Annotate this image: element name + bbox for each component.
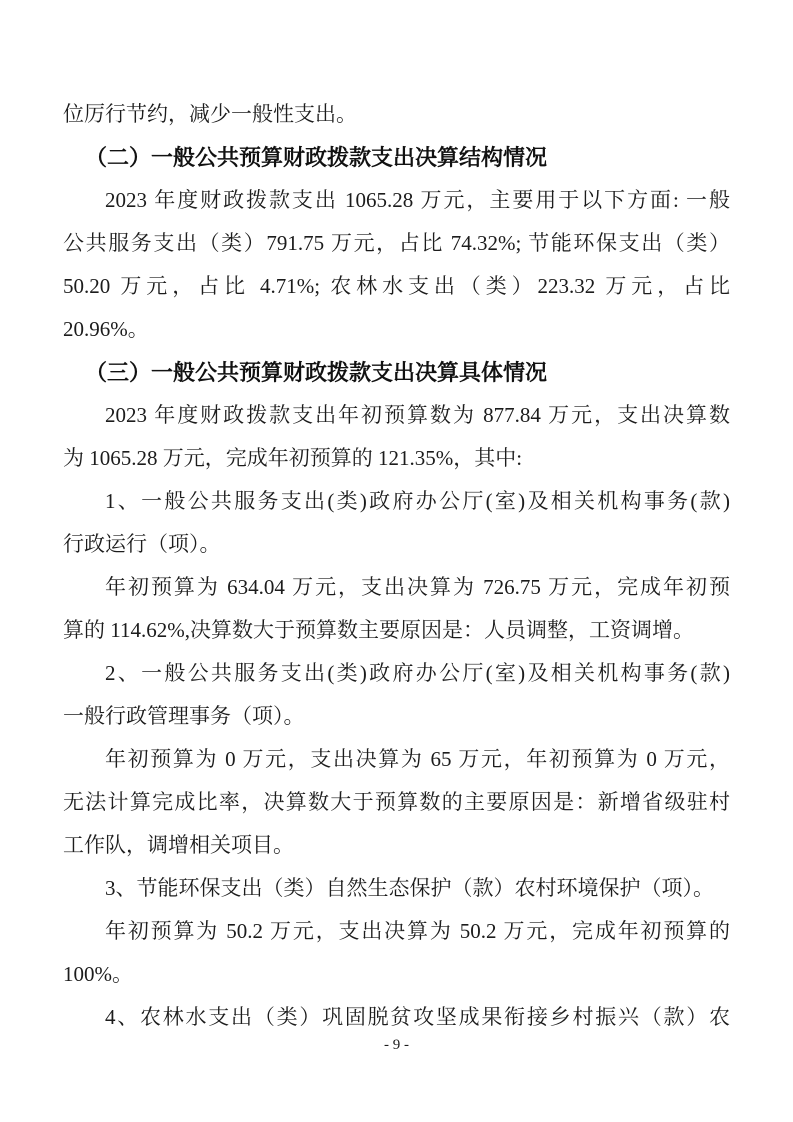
list-item-2-line: 2、一般公共服务支出(类)政府办公厅(室)及相关机构事务(款) [63,652,730,695]
paragraph-line: 20.96%。 [63,308,730,351]
paragraph-line: 算的 114.62%,决算数大于预算数主要原因是：人员调整，工资调增。 [63,609,730,652]
paragraph-line: 工作队，调增相关项目。 [63,824,730,867]
paragraph-line: 公共服务支出（类）791.75 万元，占比 74.32%; 节能环保支出（类） [63,222,730,265]
paragraph-line: 为 1065.28 万元，完成年初预算的 121.35%，其中: [63,437,730,480]
paragraph-line: 2023 年度财政拨款支出 1065.28 万元，主要用于以下方面: 一般 [63,179,730,222]
section-heading-3: （三）一般公共预算财政拨款支出决算具体情况 [63,351,730,394]
page-number: - 9 - [0,1034,793,1056]
list-item-3-line: 3、节能环保支出（类）自然生态保护（款）农村环境保护（项）。 [63,867,730,910]
paragraph-continuation-line: 位厉行节约，减少一般性支出。 [63,93,730,136]
paragraph-line: 2023 年度财政拨款支出年初预算数为 877.84 万元，支出决算数 [63,394,730,437]
list-item-4-line: 4、农林水支出（类）巩固脱贫攻坚成果衔接乡村振兴（款）农 [63,996,730,1039]
paragraph-line: 无法计算完成比率，决算数大于预算数的主要原因是：新增省级驻村 [63,781,730,824]
paragraph-line: 年初预算为 0 万元，支出决算为 65 万元，年初预算为 0 万元， [63,738,730,781]
list-item-2-line: 一般行政管理事务（项）。 [63,695,730,738]
list-item-1-line: 1、一般公共服务支出(类)政府办公厅(室)及相关机构事务(款) [63,480,730,523]
section-heading-2: （二）一般公共预算财政拨款支出决算结构情况 [63,136,730,179]
paragraph-line: 50.20 万元，占比 4.71%; 农林水支出（类）223.32 万元，占比 [63,265,730,308]
list-item-1-line: 行政运行（项）。 [63,523,730,566]
paragraph-line: 年初预算为 50.2 万元，支出决算为 50.2 万元，完成年初预算的 [63,910,730,953]
paragraph-line: 年初预算为 634.04 万元，支出决算为 726.75 万元，完成年初预 [63,566,730,609]
page-body: 位厉行节约，减少一般性支出。 （二）一般公共预算财政拨款支出决算结构情况 202… [63,93,730,1039]
paragraph-line: 100%。 [63,953,730,996]
document-page: 位厉行节约，减少一般性支出。 （二）一般公共预算财政拨款支出决算结构情况 202… [0,0,793,1122]
